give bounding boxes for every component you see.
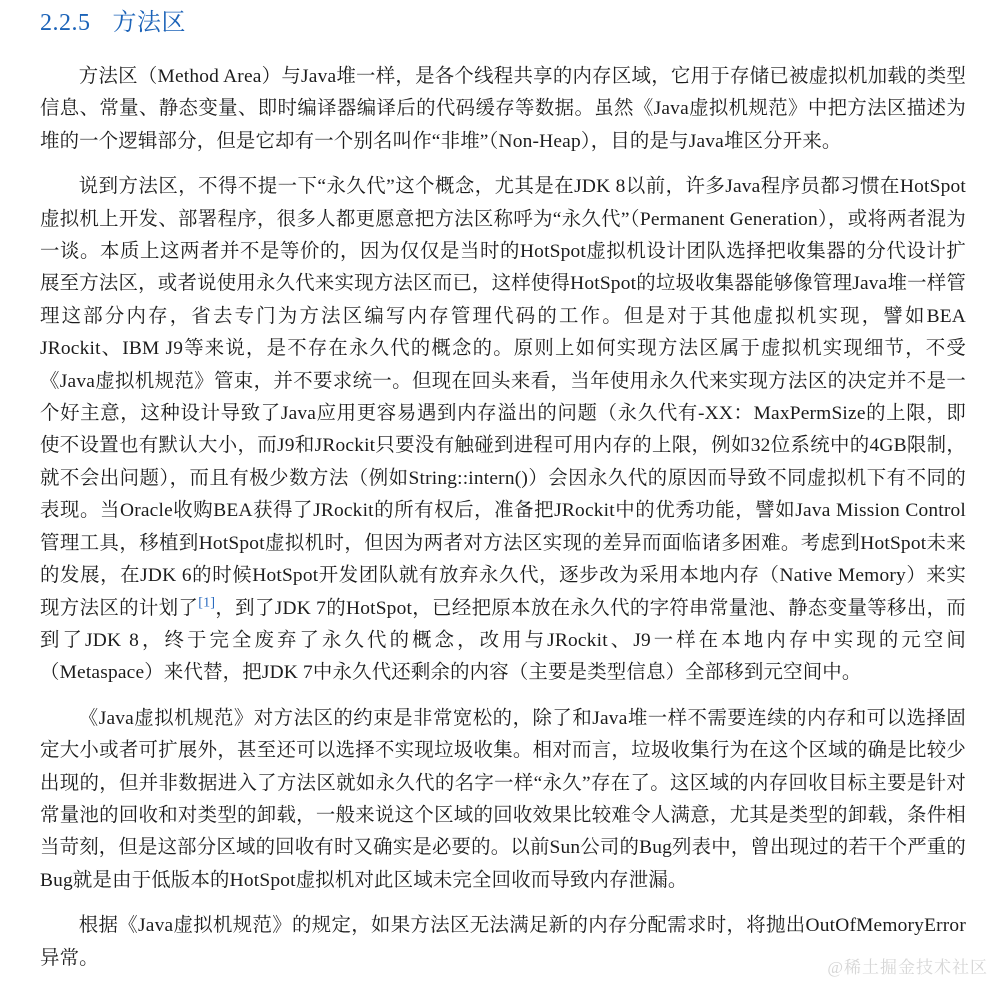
paragraph-2-text-before-ref: 说到方法区，不得不提一下“永久代”这个概念，尤其是在JDK 8以前，许多Java… [40, 176, 966, 618]
document-page: 2.2.5方法区 方法区（Method Area）与Java堆一样，是各个线程共… [0, 0, 1000, 986]
body-paragraph-2: 说到方法区，不得不提一下“永久代”这个概念，尤其是在JDK 8以前，许多Java… [40, 171, 966, 690]
body-paragraph-1: 方法区（Method Area）与Java堆一样，是各个线程共享的内存区域，它用… [40, 61, 966, 158]
body-text: 方法区（Method Area）与Java堆一样，是各个线程共享的内存区域，它用… [40, 61, 966, 975]
footnote-reference-link[interactable]: [1] [198, 595, 215, 610]
body-paragraph-3: 《Java虚拟机规范》对方法区的约束是非常宽松的，除了和Java堆一样不需要连续… [40, 703, 966, 897]
section-title: 方法区 [113, 10, 187, 36]
site-watermark: @稀土掘金技术社区 [827, 953, 988, 978]
section-heading: 2.2.5方法区 [40, 2, 966, 37]
section-number: 2.2.5 [40, 10, 91, 36]
